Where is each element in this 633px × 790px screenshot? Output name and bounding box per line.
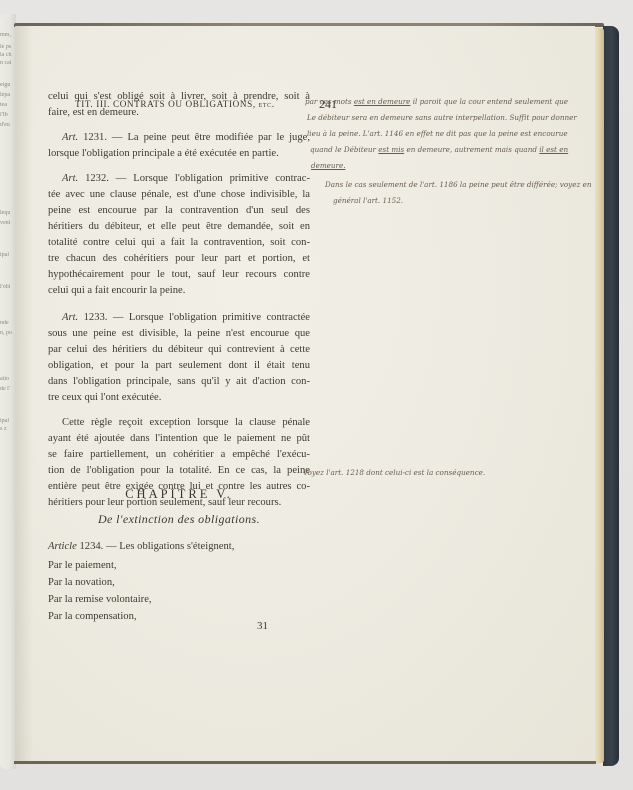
bleed-text: l'obl [0, 284, 16, 291]
bleed-text: s z [0, 426, 16, 433]
manuscript-note-2: Le débiteur sera en demeure sans autre i… [307, 110, 577, 126]
manuscript-note-7: général l'art. 1152. [333, 193, 403, 209]
article-label: Art. [62, 132, 78, 143]
text-line: celui qui s'est obligé soit à livrer, so… [48, 89, 310, 105]
bleed-text: eigu [0, 82, 16, 89]
line-text: tée avec une clause pénale, est d'une ch… [48, 189, 310, 200]
book-page: TIT. III. CONTRATS OU OBLIGATIONS, etc. … [15, 26, 595, 762]
text-line: héritiers du débiteur, et elle peut être… [48, 219, 310, 235]
text-line: obligation, et pour la part seulement do… [48, 358, 310, 374]
text-line: tre chacun des cohéritiers pour leur par… [48, 251, 310, 267]
manuscript-note-5: demeure. [311, 158, 346, 174]
text-line-content: héritiers du débiteur, et elle peut être… [48, 219, 310, 235]
text-line-content: tée avec une clause pénale, est d'une ch… [48, 187, 310, 203]
text-line-content: peine est encourue par la contravention … [48, 203, 310, 219]
line-text: hypothécairement pour le tout, sauf leur… [48, 269, 310, 280]
line-text: totalité contre celui qui a fait la cont… [48, 237, 310, 248]
text-line-content: Cette règle reçoit exception lorsque la … [48, 415, 310, 431]
text-line-content: se faire partiellement, un cohéritier a … [48, 447, 310, 463]
line-text: 1232. — Lorsque l'obligation primitive c… [78, 173, 310, 184]
bleed-text: le ps [0, 44, 16, 51]
text-line: ayant été ajoutée dans l'intention que l… [48, 431, 310, 447]
text-line: Art. 1233. — Lorsque l'obligation primit… [48, 310, 310, 326]
text-line-content: totalité contre celui qui a fait la cont… [48, 235, 310, 251]
line-text: se faire partiellement, un cohéritier a … [48, 449, 310, 460]
chapter-heading: CHAPITRE V. [48, 487, 310, 502]
text-line-content: Art. 1233. — Lorsque l'obligation primit… [48, 310, 310, 326]
text-line: tre ceux qui l'ont exécutée. [48, 390, 310, 406]
text-line-content: Art. 1231. — La peine peut être modifiée… [48, 130, 310, 146]
text-line: tion de l'obligation pour la totalité. E… [48, 463, 310, 479]
text-line: totalité contre celui qui a fait la cont… [48, 235, 310, 251]
text-line: Cette règle reçoit exception lorsque la … [48, 415, 310, 431]
bleed-text: nde [0, 320, 16, 327]
manuscript-note-1: par ces mots est en demeure il paroit qu… [305, 94, 568, 110]
line-text: 1231. — La peine peut être modifiée par … [78, 132, 310, 143]
bleed-text: ipal [0, 418, 16, 425]
line-text: sous une peine est divisible, la peine n… [48, 328, 310, 339]
article-label: Art. [62, 312, 78, 323]
text-line-content: obligation, et pour la part seulement do… [48, 358, 310, 374]
line-text: Cette règle reçoit exception lorsque la … [62, 417, 310, 428]
text-line: Art. 1232. — Lorsque l'obligation primit… [48, 171, 310, 187]
chapter-subtitle: De l'extinction des obligations. [48, 512, 310, 527]
bleed-text: de l' [0, 386, 16, 393]
text-line-content: faire, est en demeure. [48, 105, 310, 121]
article-1234-heading: Article 1234. — Les obligations s'éteign… [48, 539, 310, 555]
text-line: celui qui a fait encourir la peine. [48, 283, 310, 299]
bleed-text: ipal [0, 252, 16, 259]
bleed-text: n, po [0, 330, 16, 337]
list-item: Par le paiement, [48, 558, 310, 575]
bleed-text: lequ [0, 210, 16, 217]
text-line: lorsque l'obligation principale a été ex… [48, 146, 310, 162]
bleed-text: atio [0, 376, 16, 383]
line-text: tion de l'obligation pour la totalité. E… [48, 465, 310, 476]
line-text: celui qui s'est obligé soit à livrer, so… [48, 91, 310, 102]
text-line: tée avec une clause pénale, est d'une ch… [48, 187, 310, 203]
text-line-content: celui qui a fait encourir la peine. [48, 283, 310, 299]
manuscript-note-3: lieu à la peine. L'art. 1146 en effet ne… [307, 126, 568, 142]
bleed-text: n cal [0, 60, 16, 67]
manuscript-note-8: Voyez l'art. 1218 dont celui-ci est la c… [303, 465, 485, 481]
line-text: faire, est en demeure. [48, 107, 139, 118]
bleed-text: d'eu [0, 122, 16, 129]
text-line: Art. 1231. — La peine peut être modifiée… [48, 130, 310, 146]
previous-page-edge: mm, le ps la ch n cal eigu lepa tea l'Ib… [0, 14, 16, 769]
line-text: 1233. — Lorsque l'obligation primitive c… [78, 312, 310, 323]
line-text: celui qui a fait encourir la peine. [48, 285, 185, 296]
text-line-content: par celui des héritiers du débiteur qui … [48, 342, 310, 358]
line-text: héritiers du débiteur, et elle peut être… [48, 221, 310, 232]
text-line-content: ayant été ajoutée dans l'intention que l… [48, 431, 310, 447]
line-text: dans l'obligation principale, sans qu'il… [48, 376, 310, 387]
bleed-text: lepa [0, 92, 16, 99]
text-line-content: celui qui s'est obligé soit à livrer, so… [48, 89, 310, 105]
list-item: Par la remise volontaire, [48, 592, 310, 609]
text-line-content: tre chacun des cohéritiers pour leur par… [48, 251, 310, 267]
signature-mark: 31 [257, 620, 268, 632]
manuscript-note-6: Dans le cas seulement de l'art. 1186 la … [325, 177, 591, 193]
bottom-page-edge [14, 761, 596, 764]
text-line: hypothécairement pour le tout, sauf leur… [48, 267, 310, 283]
article-label: Art. [62, 173, 78, 184]
line-text: lorsque l'obligation principale a été ex… [48, 148, 279, 159]
text-line-content: Art. 1232. — Lorsque l'obligation primit… [48, 171, 310, 187]
line-text: par celui des héritiers du débiteur qui … [48, 344, 310, 355]
bleed-text: vent [0, 220, 16, 227]
line-text: peine est encourue par la contravention … [48, 205, 310, 216]
article-1234-text: 1234. — Les obligations s'éteignent, [77, 541, 235, 552]
text-line: faire, est en demeure. [48, 105, 310, 121]
line-text: ayant été ajoutée dans l'intention que l… [48, 433, 310, 444]
line-text: tre ceux qui l'ont exécutée. [48, 392, 161, 403]
text-line-content: hypothécairement pour le tout, sauf leur… [48, 267, 310, 283]
text-line-content: dans l'obligation principale, sans qu'il… [48, 374, 310, 390]
text-line: dans l'obligation principale, sans qu'il… [48, 374, 310, 390]
list-item: Par la novation, [48, 575, 310, 592]
article-1234: Article 1234. — Les obligations s'éteign… [48, 539, 310, 555]
bleed-text: l'Ib [0, 112, 16, 119]
text-line-content: lorsque l'obligation principale a été ex… [48, 146, 310, 162]
extinction-list: Par le paiement, Par la novation, Par la… [48, 558, 310, 626]
text-line: par celui des héritiers du débiteur qui … [48, 342, 310, 358]
line-text: tre chacun des cohéritiers pour leur par… [48, 253, 310, 264]
bleed-text: la ch [0, 52, 16, 59]
line-text: obligation, et pour la part seulement do… [48, 360, 310, 371]
text-line: se faire partiellement, un cohéritier a … [48, 447, 310, 463]
article-label: Article [48, 541, 77, 552]
text-line-content: tion de l'obligation pour la totalité. E… [48, 463, 310, 479]
manuscript-note-4: quand le Débiteur est mis en demeure, au… [310, 142, 568, 158]
list-item: Par la compensation, [48, 609, 310, 626]
text-line-content: tre ceux qui l'ont exécutée. [48, 390, 310, 406]
bleed-text: tea [0, 102, 16, 109]
text-line: peine est encourue par la contravention … [48, 203, 310, 219]
bleed-text: mm, [0, 32, 16, 39]
text-line: sous une peine est divisible, la peine n… [48, 326, 310, 342]
text-line-content: sous une peine est divisible, la peine n… [48, 326, 310, 342]
book-cover-edge [603, 26, 619, 766]
